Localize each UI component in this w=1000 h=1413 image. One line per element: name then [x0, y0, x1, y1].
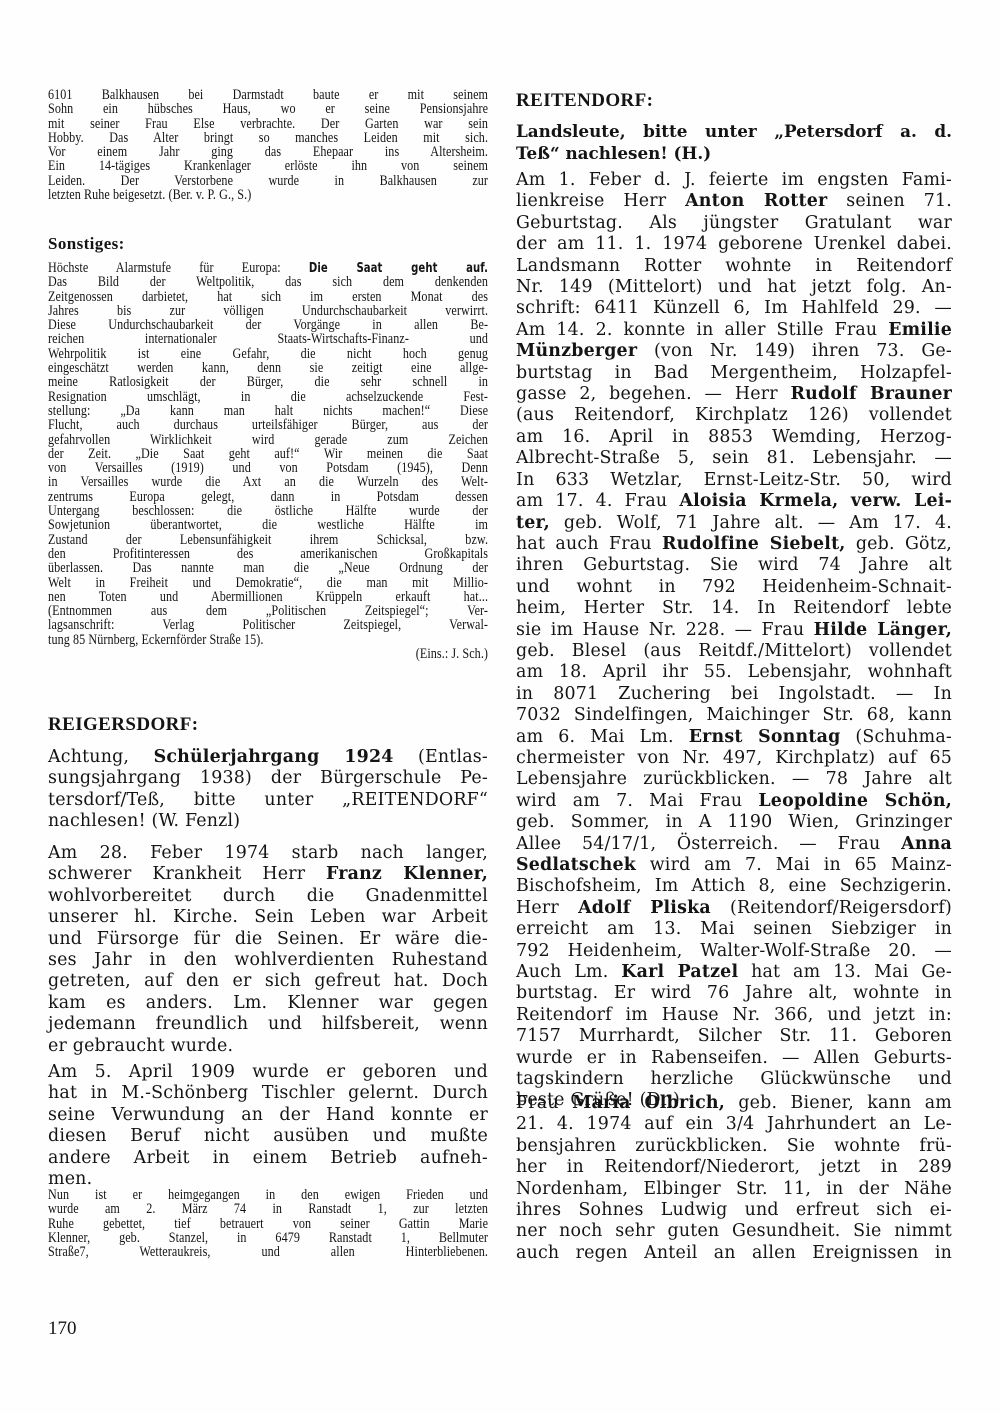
text-run: schrift: 6411 Künzell 6, Im Hahlfeld 29.… — [516, 298, 952, 318]
text-line: Jahres bis zur völligen Undurchschaubark… — [48, 304, 488, 318]
text-line: Zeitgenossen darbietet, hat sich im erst… — [48, 290, 488, 304]
text-run: heim, Herter Str. 14. In Reitendorf lebt… — [516, 598, 952, 618]
sonstiges-heading: Sonstiges: — [48, 233, 488, 255]
text-line: burtstag. Er wird 76 Jahre alt, wohnte i… — [516, 983, 952, 1004]
text-line: Allee 54/17/1, Österreich. — Frau Anna — [516, 834, 952, 855]
text-line: in Versailles wurde die Axt an die Wurze… — [48, 475, 488, 489]
klenner-biography: Am 5. April 1909 wurde er geboren undhat… — [48, 1062, 488, 1190]
text-line: und Fürsorge für die Seinen. Er wäre die… — [48, 929, 488, 950]
text-run: Am 14. 2. konnte in aller Stille Frau — [516, 320, 888, 340]
text-line: wird am 7. Mai Frau Leopoldine Schön, — [516, 791, 952, 812]
text-line: sungsjahrgang 1938) der Bürgerschule Pe- — [48, 768, 488, 789]
text-line: (Entnommen aus dem „Politischen Zeitspie… — [48, 604, 488, 618]
birthday-lines: Am 1. Feber d. J. feierte im engsten Fam… — [516, 170, 952, 1112]
text-line: 6101 Balkhausen bei Darmstadt baute er m… — [48, 88, 488, 102]
text-line: von Versailles (1919) und von Potsdam (1… — [48, 461, 488, 475]
text-run: lienkreise Herr — [516, 191, 685, 211]
person-name: Hilde Länger, — [814, 620, 952, 640]
text-run: In 633 Wetzlar, Ernst-Leitz-Str. 50, wir… — [516, 470, 952, 490]
reitendorf-subheading: Landsleute, bitte unter „Petersdorf a. d… — [516, 120, 952, 164]
text-line: stellung: „Da kann man halt nichts mache… — [48, 404, 488, 418]
text-run: chermeister von Nr. 497, Kirchplatz) auf… — [516, 748, 952, 768]
text-line: der am 11. 1. 1974 geborene Urenkel dabe… — [516, 234, 952, 255]
text-line: getreten, auf den er sich gefreut hat. D… — [48, 971, 488, 992]
text-run: burtstag in Bad Mergentheim, Holzapfel- — [516, 363, 952, 383]
text-line: nen Toten und Abermillionen Krüppeln erk… — [48, 590, 488, 604]
text-line: Das Bild der Weltpolitik, das sich dem d… — [48, 275, 488, 289]
text-line: ihres Sohnes Ludwig und erfreut sich ei- — [516, 1200, 952, 1221]
text-line: Lebensjahre zurückblicken. — 78 Jahre al… — [516, 769, 952, 790]
reigersdorf-heading: REIGERSDORF: — [48, 714, 488, 736]
text-line: Bischofsheim, Im Attich 8, eine Sechzige… — [516, 876, 952, 897]
text-line: Albrecht-Straße 5, sein 81. Lebensjahr. … — [516, 448, 952, 469]
text-line: in 8071 Zuchering bei Ingolstadt. — In — [516, 684, 952, 705]
text-line: sie im Hause Nr. 228. — Frau Hilde Länge… — [516, 620, 952, 641]
text-line: lienkreise Herr Anton Rotter seinen 71. — [516, 191, 952, 212]
text-line: Klenner, geb. Stanzel, in 6479 Ranstadt … — [48, 1231, 488, 1245]
text-run: Bischofsheim, Im Attich 8, eine Sechzige… — [516, 876, 952, 896]
text-run: wird am 7. Mai Frau — [516, 791, 758, 811]
text-line: überlassen. Das nannte man die „Neue Ord… — [48, 561, 488, 575]
text-run: 21. 4. 1974 auf ein 3/4 Jahrhundert an L… — [516, 1114, 952, 1134]
person-name: Leopoldine Schön, — [758, 791, 952, 811]
text-line: mit seiner Frau Else verbrachte. Der Gar… — [48, 117, 488, 131]
text-run: am 6. Mai Lm. — [516, 727, 689, 747]
text-run: Landsmann Rotter wohnte in Reitendorf — [516, 256, 952, 276]
text-line: andere Arbeit in einem Betrieb aufneh- — [48, 1148, 488, 1169]
text-line: Vor einem Jahr ging das Ehepaar ins Alte… — [48, 145, 488, 159]
text-run: und wohnt in 792 Heidenheim-Schnait- — [516, 577, 952, 597]
text-run: am 17. 4. Frau — [516, 491, 679, 511]
text-line: Landsleute, bitte unter „Petersdorf a. d… — [516, 120, 952, 142]
person-name: Karl Patzel — [621, 962, 738, 982]
text-line: Landsmann Rotter wohnte in Reitendorf — [516, 256, 952, 277]
text-line: Zustand der Lebensunfähigkeit ihrem Schi… — [48, 533, 488, 547]
text-line: heim, Herter Str. 14. In Reitendorf lebt… — [516, 598, 952, 619]
page-number: 170 — [48, 1318, 77, 1340]
text-line: wohlvorbereitet durch die Gnadenmittel — [48, 886, 488, 907]
text-line: 792 Heidenheim, Walter-Wolf-Straße 20. — — [516, 941, 952, 962]
text-run: Geburtstag. Als jüngster Gratulant war — [516, 213, 952, 233]
text-run: geb. Sommer, in A 1190 Wien, Grinzinger — [516, 812, 952, 832]
text-line: (aus Reitendorf, Kirchplatz 126) vollend… — [516, 405, 952, 426]
text-run: Reitendorf im Hause Nr. 366, und jetzt i… — [516, 1005, 952, 1025]
reigersdorf-notice: Achtung, Schülerjahrgang 1924 (Entlas- s… — [48, 747, 488, 833]
text-run: Frau — [516, 1093, 572, 1113]
text-run: geb. Götz, — [846, 534, 952, 554]
sonstiges-lines: Das Bild der Weltpolitik, das sich dem d… — [48, 275, 488, 647]
text-line: hat in M.-Schönberg Tischler gelernt. Du… — [48, 1083, 488, 1104]
text-line: auch regen Anteil an allen Ereignissen i… — [516, 1243, 952, 1264]
text-run: hat auch Frau — [516, 534, 662, 554]
text-line: In 633 Wetzlar, Ernst-Leitz-Str. 50, wir… — [516, 470, 952, 491]
text-run: Am 1. Feber d. J. feierte im engsten Fam… — [516, 170, 952, 190]
obituary-prefix: schwerer Krankheit Herr — [48, 864, 326, 884]
text-run: (Schuhma- — [840, 727, 952, 747]
text-line: schrift: 6411 Künzell 6, Im Hahlfeld 29.… — [516, 298, 952, 319]
text-line: her in Reitendorf/Niederort, jetzt in 28… — [516, 1157, 952, 1178]
text-line: reichen internationaler Staats-Wirtschaf… — [48, 332, 488, 346]
text-line: meine Ratlosigkeit der Bürger, die sehr … — [48, 375, 488, 389]
text-run: 792 Heidenheim, Walter-Wolf-Straße 20. — — [516, 941, 952, 961]
text-line: erreicht am 13. Mai seinen Siebziger in — [516, 919, 952, 940]
text-run: am 18. April ihr 55. Lebensjahr, wohnhaf… — [516, 662, 952, 682]
text-run: ihren Geburtstag. Sie wird 74 Jahre alt — [516, 555, 952, 575]
text-run: ihres Sohnes Ludwig und erfreut sich ei- — [516, 1200, 952, 1220]
person-name: Sedlatschek — [516, 855, 636, 875]
text-line: Am 1. Feber d. J. feierte im engsten Fam… — [516, 170, 952, 191]
text-run: Herr — [516, 898, 578, 918]
obituary-line-1: Am 28. Feber 1974 starb nach langer, — [48, 843, 488, 864]
text-run: in 8071 Zuchering bei Ingolstadt. — In — [516, 684, 952, 704]
text-run: Nordenham, Elbinger Str. 11, in der Nähe — [516, 1179, 952, 1199]
text-line: Ruhe gebettet, tief betrauert von seiner… — [48, 1217, 488, 1231]
notice-bold: Schülerjahrgang 1924 — [154, 747, 394, 767]
text-line: den Profitinteressen des amerikanischen … — [48, 547, 488, 561]
obituary-lines: wohlvorbereitet durch die Gnadenmittelun… — [48, 886, 488, 1057]
text-line: letzten Ruhe beigesetzt. (Ber. v. P. G.,… — [48, 188, 488, 202]
person-name: ter, — [516, 513, 550, 533]
text-line: ihren Geburtstag. Sie wird 74 Jahre alt — [516, 555, 952, 576]
notice-prefix: Achtung, — [48, 747, 154, 767]
text-line: Untergang beschlossen: die östliche Hälf… — [48, 504, 488, 518]
text-run: hat am 13. Mai Ge- — [738, 962, 952, 982]
text-line: unserer hl. Kirche. Sein Leben war Arbei… — [48, 907, 488, 928]
text-line: Geburtstag. Als jüngster Gratulant war — [516, 213, 952, 234]
text-line: hat auch Frau Rudolfine Siebelt, geb. Gö… — [516, 534, 952, 555]
text-line: tagskindern herzliche Glückwünsche und — [516, 1069, 952, 1090]
subheading-lines: Landsleute, bitte unter „Petersdorf a. d… — [516, 120, 952, 164]
text-line: tung 85 Nürnberg, Eckernförder Straße 15… — [48, 633, 488, 647]
notice-lines: sungsjahrgang 1938) der Bürgerschule Pe-… — [48, 768, 488, 832]
text-run: 7157 Murrhardt, Silcher Str. 11. Geboren — [516, 1026, 952, 1046]
text-line: Am 14. 2. konnte in aller Stille Frau Em… — [516, 320, 952, 341]
text-line: Leiden. Der Verstorbene wurde in Balkhau… — [48, 174, 488, 188]
text-line: Nr. 149 (Mittelort) und hat jetzt folg. … — [516, 277, 952, 298]
text-line: Frau Maria Olbrich, geb. Biener, kann am — [516, 1093, 952, 1114]
person-name: Adolf Pliska — [578, 898, 711, 918]
text-line: Sohn ein hübsches Haus, wo er seine Pens… — [48, 102, 488, 116]
text-run: auch regen Anteil an allen Ereignissen i… — [516, 1243, 952, 1263]
text-line: Flucht, auch durchaus urteilsfähiger Bür… — [48, 418, 488, 432]
text-line: am 18. April ihr 55. Lebensjahr, wohnhaf… — [516, 662, 952, 683]
text-line: kam es anders. Lm. Klenner war gegen — [48, 993, 488, 1014]
klenner-burial: Nun ist er heimgegangen in den ewigen Fr… — [48, 1188, 488, 1259]
text-line: der Zeit. „Die Saat geht auf!“ Wir meine… — [48, 447, 488, 461]
biography-lines: Am 5. April 1909 wurde er geboren undhat… — [48, 1062, 488, 1190]
text-line: Herr Adolf Pliska (Reitendorf/Reigersdor… — [516, 898, 952, 919]
text-run: Allee 54/17/1, Österreich. — Frau — [516, 834, 901, 854]
text-run: (von Nr. 149) ihren 73. Ge- — [637, 341, 952, 361]
text-run: bensjahren zurückblicken. Sie wohnte frü… — [516, 1136, 952, 1156]
text-line: Reitendorf im Hause Nr. 366, und jetzt i… — [516, 1005, 952, 1026]
text-run: Albrecht-Straße 5, sein 81. Lebensjahr. … — [516, 448, 952, 468]
text-line: Resignation umschlägt, in die achselzuck… — [48, 390, 488, 404]
text-line: wurde er in Rabenseifen. — Allen Geburts… — [516, 1048, 952, 1069]
text-line: und wohnt in 792 Heidenheim-Schnait- — [516, 577, 952, 598]
text-line: am 17. 4. Frau Aloisia Krmela, verw. Lei… — [516, 491, 952, 512]
person-name: Aloisia Krmela, verw. Lei- — [679, 491, 952, 511]
text-run: burtstag. Er wird 76 Jahre alt, wohnte i… — [516, 983, 952, 1003]
text-run: her in Reitendorf/Niederort, jetzt in 28… — [516, 1157, 952, 1177]
intro-lines: 6101 Balkhausen bei Darmstadt baute er m… — [48, 88, 488, 202]
document-page: 6101 Balkhausen bei Darmstadt baute er m… — [0, 0, 1000, 1413]
person-name: Ernst Sonntag — [689, 727, 841, 747]
text-line: 21. 4. 1974 auf ein 3/4 Jahrhundert an L… — [516, 1114, 952, 1135]
text-line: tersdorf/Teß, bitte unter „REITENDORF“ — [48, 790, 488, 811]
text-line: ter, geb. Wolf, 71 Jahre alt. — Am 17. 4… — [516, 513, 952, 534]
text-line: geb. Blesel (aus Reitdf./Mittelort) voll… — [516, 641, 952, 662]
reitendorf-heading: REITENDORF: — [516, 90, 952, 112]
text-line: seine Verwundung an der Hand konnte er — [48, 1105, 488, 1126]
text-run: wurde er in Rabenseifen. — Allen Geburts… — [516, 1048, 952, 1068]
text-line: Am 5. April 1909 wurde er geboren und — [48, 1062, 488, 1083]
text-line: Hobby. Das Alter bringt so manches Leide… — [48, 131, 488, 145]
text-line: burtstag in Bad Mergentheim, Holzapfel- — [516, 363, 952, 384]
text-run: wird am 7. Mai in 65 Mainz- — [636, 855, 952, 875]
text-line: Sedlatschek wird am 7. Mai in 65 Mainz- — [516, 855, 952, 876]
text-line: am 6. Mai Lm. Ernst Sonntag (Schuhma- — [516, 727, 952, 748]
text-run: seinen 71. — [827, 191, 952, 211]
text-run: Auch Lm. — [516, 962, 621, 982]
sonstiges-paragraph: Höchste Alarmstufe für Europa: Die Saat … — [48, 261, 488, 661]
person-name: Anton Rotter — [685, 191, 827, 211]
text-run: der am 11. 1. 1974 geborene Urenkel dabe… — [516, 234, 952, 254]
text-run: ner noch sehr guten Gesundheit. Sie nimm… — [516, 1221, 952, 1241]
text-line: Auch Lm. Karl Patzel hat am 13. Mai Ge- — [516, 962, 952, 983]
text-run: sie im Hause Nr. 228. — Frau — [516, 620, 814, 640]
text-line: gasse 2, begehen. — Herr Rudolf Brauner — [516, 384, 952, 405]
text-line: jedemann freundlich und hilfsbereit, wen… — [48, 1014, 488, 1035]
text-line: Münzberger (von Nr. 149) ihren 73. Ge- — [516, 341, 952, 362]
text-run: (Reitendorf/Reigersdorf) — [711, 898, 952, 918]
sonstiges-lines-wrap: Höchste Alarmstufe für Europa: Die Saat … — [48, 261, 488, 661]
notice-first-line: Achtung, Schülerjahrgang 1924 (Entlas- — [48, 747, 488, 768]
burial-lines: Nun ist er heimgegangen in den ewigen Fr… — [48, 1188, 488, 1259]
person-name: Rudolfine Siebelt, — [662, 534, 846, 554]
text-line: Welt in Freiheit und Demokratie“, die ma… — [48, 576, 488, 590]
text-line: wurde am 2. März 74 in Ranstadt 1, zur l… — [48, 1202, 488, 1216]
text-line: 7157 Murrhardt, Silcher Str. 11. Geboren — [516, 1026, 952, 1047]
klenner-obituary: Am 28. Feber 1974 starb nach langer, sch… — [48, 843, 488, 1057]
text-line: chermeister von Nr. 497, Kirchplatz) auf… — [516, 748, 952, 769]
obituary-line-2: schwerer Krankheit Herr Franz Klenner, — [48, 864, 488, 885]
text-line: Sowjetunion überantwortet, die westliche… — [48, 518, 488, 532]
sonstiges-first-line: Höchste Alarmstufe für Europa: Die Saat … — [48, 261, 488, 275]
text-run: (aus Reitendorf, Kirchplatz 126) vollend… — [516, 405, 952, 425]
text-line: Diese Undurchschaubarkeit der Vorgänge i… — [48, 318, 488, 332]
text-line: diesen Beruf nicht ausüben und mußte — [48, 1126, 488, 1147]
text-line: Ein 14-tägiges Krankenlager erlöste ihn … — [48, 159, 488, 173]
text-run: am 16. April in 8853 Wemding, Herzog- — [516, 427, 952, 447]
person-name: Maria Olbrich, — [572, 1093, 725, 1113]
text-run: tagskindern herzliche Glückwünsche und — [516, 1069, 952, 1089]
sonstiges-signature: (Eins.: J. Sch.) — [48, 647, 488, 661]
text-line: eingeschätzt werden kann, denn sie zeiti… — [48, 361, 488, 375]
notice-suffix: (Entlas- — [394, 747, 488, 767]
text-run: geb. Blesel (aus Reitdf./Mittelort) voll… — [516, 641, 952, 661]
text-run: gasse 2, begehen. — Herr — [516, 384, 791, 404]
text-line: geb. Sommer, in A 1190 Wien, Grinzinger — [516, 812, 952, 833]
text-line: nachlesen! (W. Fenzl) — [48, 811, 488, 832]
text-line: bensjahren zurückblicken. Sie wohnte frü… — [516, 1136, 952, 1157]
text-line: Nun ist er heimgegangen in den ewigen Fr… — [48, 1188, 488, 1202]
deceased-name: Franz Klenner, — [326, 864, 488, 884]
text-run: Nr. 149 (Mittelort) und hat jetzt folg. … — [516, 277, 952, 297]
text-line: Straße7, Wetteraukreis, und allen Hinter… — [48, 1245, 488, 1259]
text-line: am 16. April in 8853 Wemding, Herzog- — [516, 427, 952, 448]
text-line: Wehrpolitik ist eine Gefahr, die nicht h… — [48, 347, 488, 361]
person-name: Rudolf Brauner — [791, 384, 952, 404]
text-line: ner noch sehr guten Gesundheit. Sie nimm… — [516, 1221, 952, 1242]
text-line: gefahrvollen Wirklichkeit wird gerade zu… — [48, 433, 488, 447]
olbrich-paragraph: Frau Maria Olbrich, geb. Biener, kann am… — [516, 1093, 952, 1264]
text-run: 7032 Sindelfingen, Maichinger Str. 68, k… — [516, 705, 952, 725]
text-run: geb. Biener, kann am — [725, 1093, 952, 1113]
person-name: Münzberger — [516, 341, 637, 361]
birthdays-paragraph: Am 1. Feber d. J. feierte im engsten Fam… — [516, 170, 952, 1112]
text-line: 7032 Sindelfingen, Maichinger Str. 68, k… — [516, 705, 952, 726]
text-run: Lebensjahre zurückblicken. — 78 Jahre al… — [516, 769, 952, 789]
person-name: Emilie — [888, 320, 952, 340]
text-line: Nordenham, Elbinger Str. 11, in der Nähe — [516, 1179, 952, 1200]
text-line: er gebraucht wurde. — [48, 1036, 488, 1057]
person-name: Anna — [901, 834, 952, 854]
text-line: zentrums Europa gelegt, dann in Potsdam … — [48, 490, 488, 504]
text-run: erreicht am 13. Mai seinen Siebziger in — [516, 919, 952, 939]
intro-paragraph: 6101 Balkhausen bei Darmstadt baute er m… — [48, 88, 488, 202]
olbrich-lines: Frau Maria Olbrich, geb. Biener, kann am… — [516, 1093, 952, 1264]
text-line: ses Jahr in den wohlverdienten Ruhestand — [48, 950, 488, 971]
text-run: geb. Wolf, 71 Jahre alt. — Am 17. 4. — [550, 513, 952, 533]
text-line: lagsanschrift: Verlag Politischer Zeitsp… — [48, 618, 488, 632]
text-line: Teß“ nachlesen! (H.) — [516, 142, 952, 164]
